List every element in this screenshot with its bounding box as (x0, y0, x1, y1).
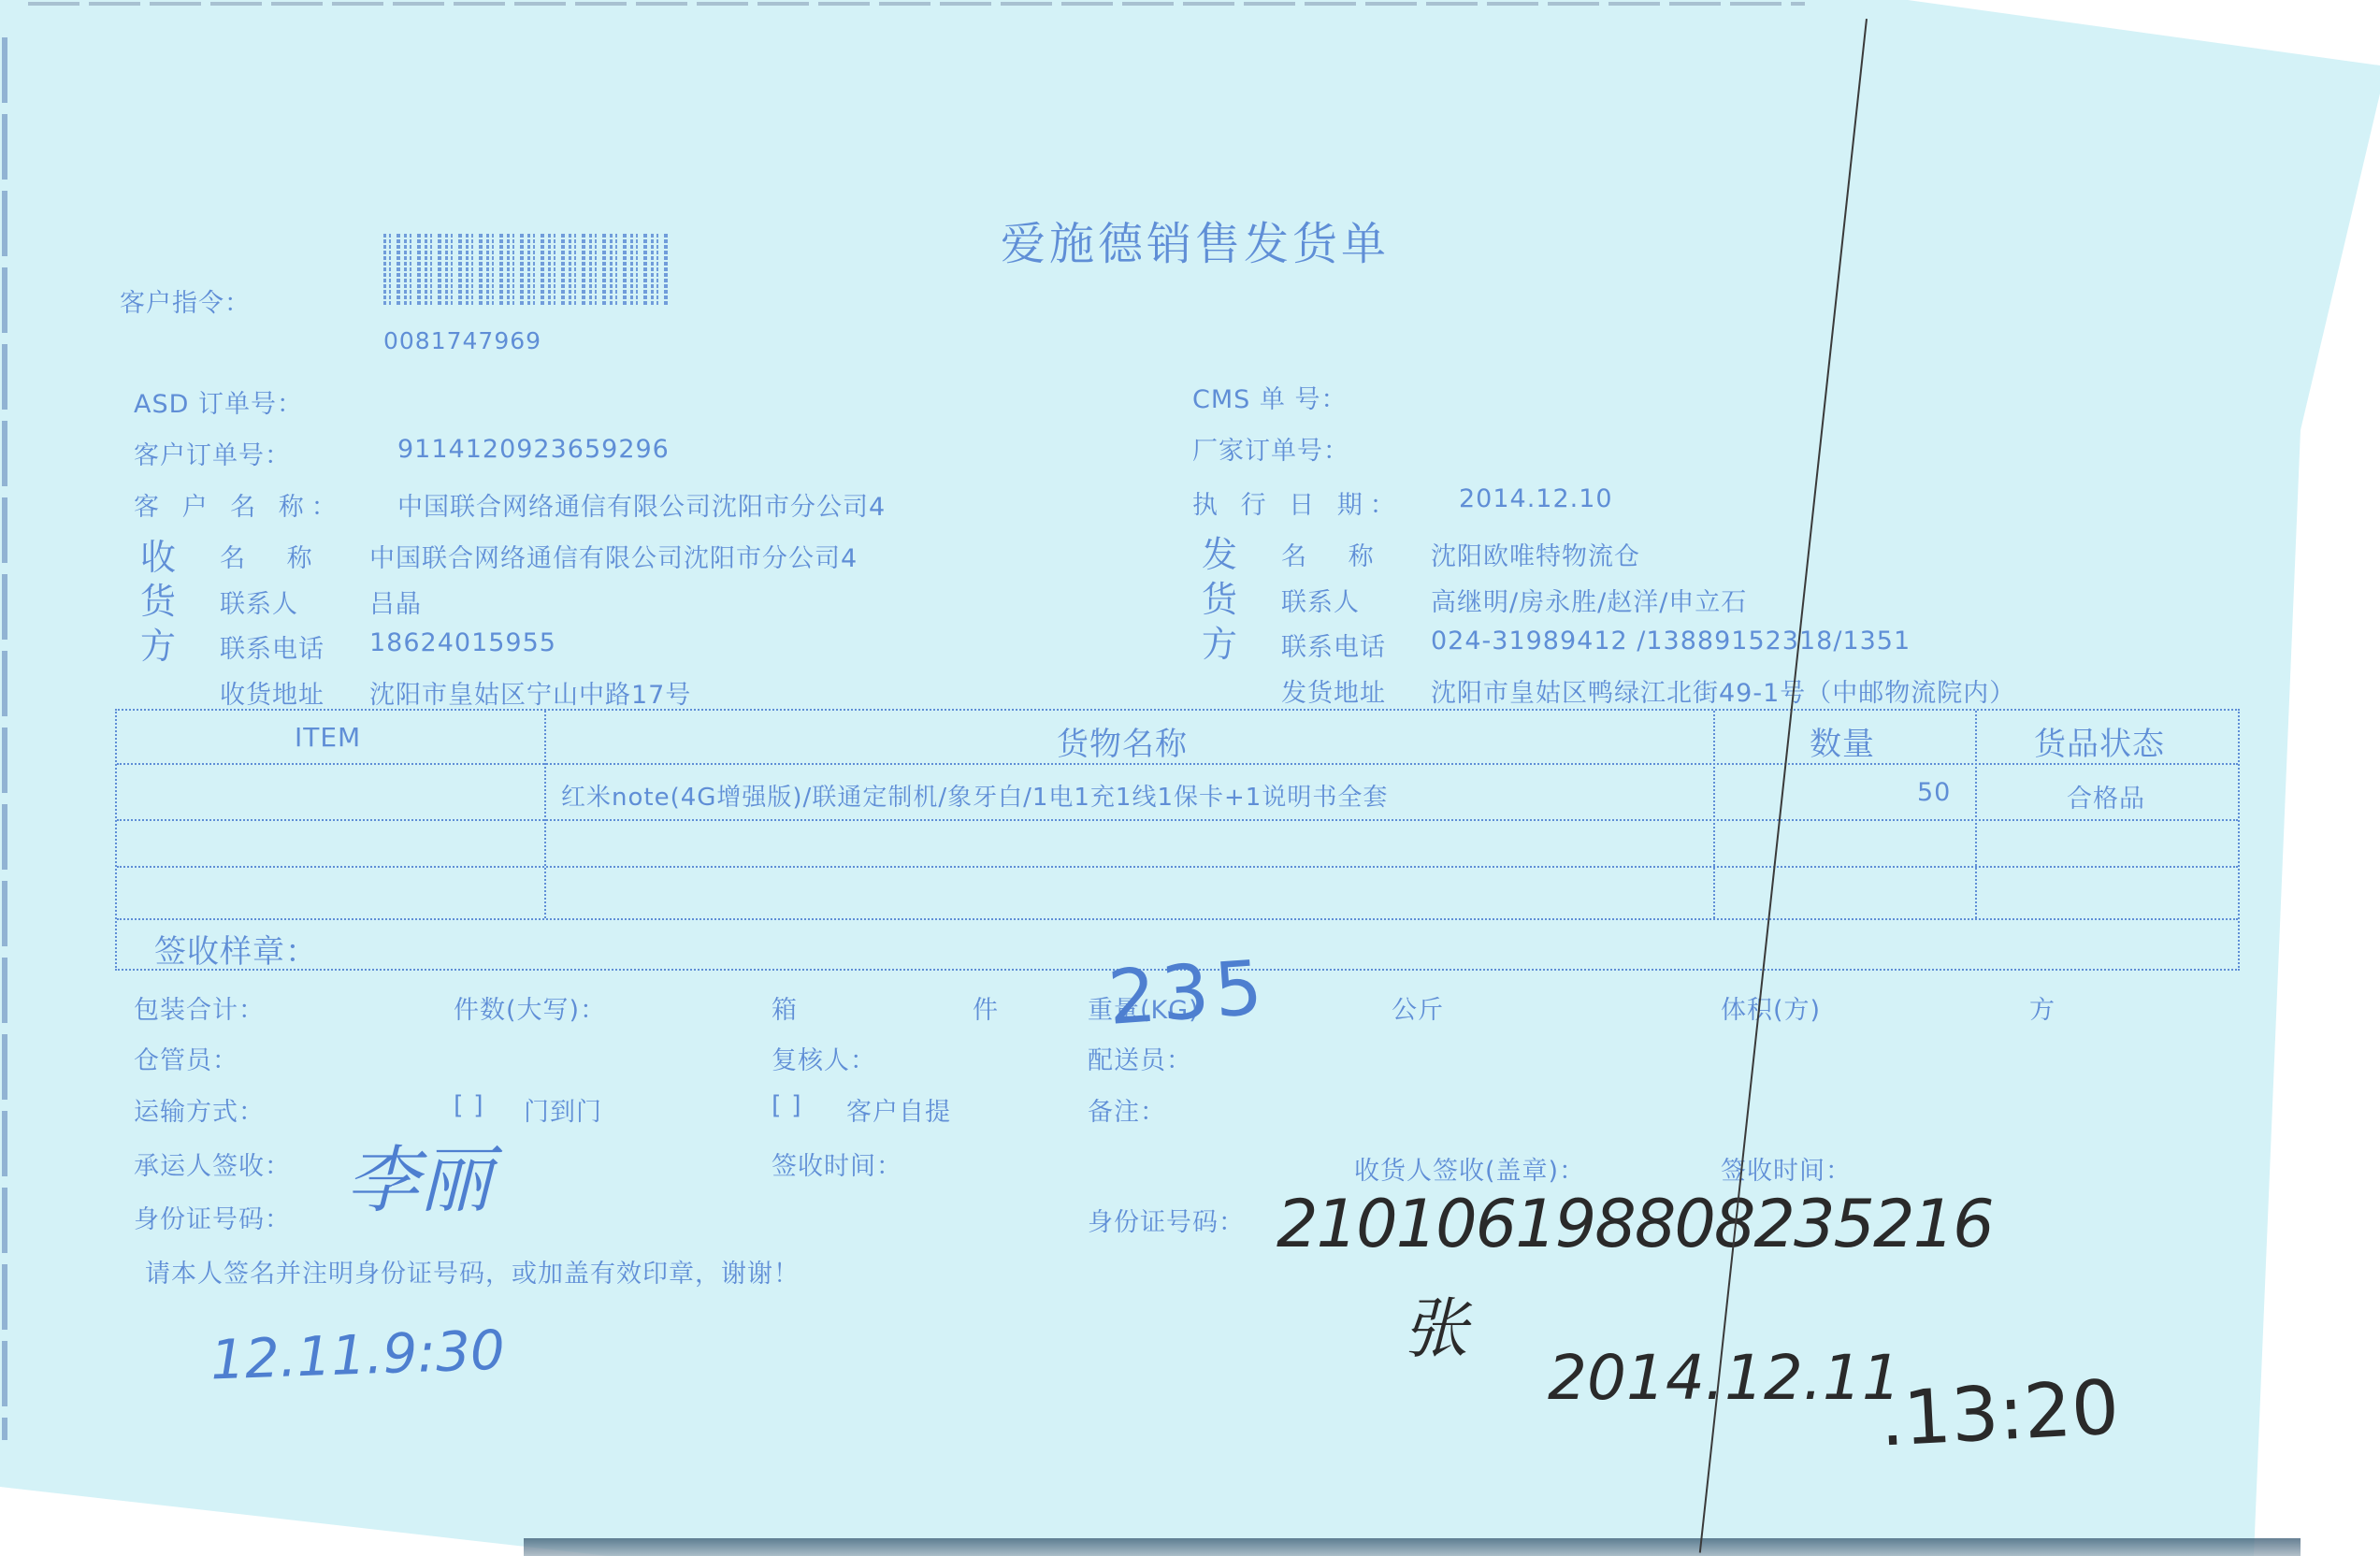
door-to-door-label: 门到门 (524, 1091, 602, 1128)
shipper-name-value: 沈阳欧唯特物流仓 (1431, 536, 1640, 572)
table-col-divider (1713, 711, 1715, 918)
box-unit: 箱 (772, 989, 798, 1026)
perforation-top (28, 2, 1805, 6)
carrier-id-label: 身份证号码： (134, 1199, 291, 1235)
carrier-sign-label: 承运人签收： (134, 1145, 291, 1182)
receiver-name-label: 名 称 (220, 538, 329, 574)
consignee-sign-label: 收货人签收(盖章)： (1354, 1150, 1585, 1187)
package-total-label: 包装合计： (134, 989, 265, 1026)
document-title: 爱施德销售发货单 (1001, 208, 1390, 272)
consignee-id-label: 身份证号码： (1088, 1202, 1245, 1238)
header-status: 货品状态 (2034, 718, 2165, 764)
receiver-name-value: 中国联合网络通信有限公司沈阳市分公司4 (369, 538, 858, 574)
goods-table: ITEM 货物名称 数量 货品状态 红米note(4G增强版)/联通定制机/象牙… (115, 709, 2240, 971)
asd-order-label: ASD 订单号： (134, 383, 303, 420)
weight-unit: 公斤 (1392, 989, 1444, 1026)
self-pickup-checkbox[interactable]: [ ] (772, 1091, 802, 1120)
reviewer-label: 复核人： (772, 1040, 876, 1076)
transport-label: 运输方式： (134, 1091, 265, 1128)
self-pickup-label: 客户自提 (846, 1091, 951, 1128)
remarks-label: 备注： (1088, 1091, 1166, 1128)
customer-name-value: 中国联合网络通信有限公司沈阳市分公司4 (397, 486, 886, 523)
door-to-door-checkbox[interactable]: [ ] (454, 1091, 484, 1120)
receiver-address-label: 收货地址 (220, 674, 325, 711)
sign-stamp-label: 签收样章： (154, 926, 318, 972)
receiver-phone-value: 18624015955 (369, 628, 556, 657)
handwritten-pickup-note: 12.11.9:30 (209, 1318, 506, 1392)
exec-date-value: 2014.12.10 (1459, 484, 1613, 513)
shipper-contact-value: 高继明/房永胜/赵洋/申立石 (1431, 582, 1747, 618)
header-item: ITEM (295, 722, 361, 753)
piece-unit: 件 (973, 989, 999, 1026)
table-divider (117, 866, 2238, 868)
receiver-side-char-3: 方 (140, 617, 177, 669)
carrier-sign-time-label: 签收时间： (772, 1145, 902, 1182)
customer-order-label: 客户订单号： (134, 435, 291, 471)
cms-order-label: CMS 单 号： (1192, 379, 1347, 415)
row-goods-name: 红米note(4G增强版)/联通定制机/象牙白/1电1充1线1保卡+1说明书全套 (561, 778, 1388, 813)
table-col-divider (544, 711, 546, 918)
shipper-phone-value: 024-31989412 /13889152318/1351 (1431, 627, 1911, 656)
shipper-contact-label: 联系人 (1281, 582, 1360, 618)
barcode-icon (383, 234, 669, 307)
row-quantity: 50 (1917, 778, 1951, 807)
handwritten-weight: 235 (1105, 944, 1271, 1042)
paper-edge-shadow (524, 1538, 2301, 1556)
header-goods-name: 货物名称 (1057, 718, 1188, 764)
row-status: 合格品 (2067, 778, 2145, 814)
barcode-number: 0081747969 (383, 327, 541, 354)
handwritten-sign-time: .13:20 (1878, 1363, 2122, 1462)
table-divider (117, 819, 2238, 821)
receiver-address-value: 沈阳市皇姑区宁山中路17号 (369, 674, 691, 711)
handwritten-sign-date: 2014.12.11 (1548, 1342, 1901, 1414)
receiver-contact-label: 联系人 (220, 583, 298, 620)
signature-notice: 请本人签名并注明身份证号码，或加盖有效印章，谢谢！ (145, 1253, 800, 1289)
exec-date-label: 执 行 日 期： (1192, 484, 1403, 521)
warehouse-keeper-label: 仓管员： (134, 1040, 238, 1076)
shipper-side-char-3: 方 (1202, 615, 1238, 667)
table-divider (117, 918, 2238, 920)
deliverer-label: 配送员： (1088, 1040, 1192, 1076)
volume-unit: 方 (2029, 989, 2055, 1026)
shipper-address-label: 发货地址 (1281, 672, 1386, 709)
receiver-phone-label: 联系电话 (220, 628, 325, 665)
header-quantity: 数量 (1810, 718, 1875, 764)
shipper-name-label: 名 称 (1281, 536, 1391, 572)
shipper-side-char-2: 货 (1202, 570, 1238, 622)
customer-name-label: 客 户 名 称： (134, 486, 344, 523)
factory-order-label: 厂家订单号： (1192, 430, 1349, 467)
receiver-contact-value: 吕晶 (369, 583, 422, 620)
carrier-signature: 李丽 (346, 1122, 492, 1227)
receiver-side-char-2: 货 (140, 572, 177, 624)
table-col-divider (1975, 711, 1977, 918)
shipper-side-char-1: 发 (1202, 526, 1238, 577)
consignee-signature: 张 (1403, 1276, 1468, 1371)
customer-instruction-label: 客户指令： (120, 282, 251, 319)
perforation-left (2, 37, 7, 1440)
volume-label: 体积(方) (1721, 989, 1821, 1026)
customer-order-value: 9114120923659296 (397, 435, 670, 464)
shipper-address-value: 沈阳市皇姑区鸭绿江北街49-1号（中邮物流院内） (1431, 672, 2015, 709)
pieces-upper-label: 件数(大写)： (454, 989, 606, 1026)
shipper-phone-label: 联系电话 (1281, 627, 1386, 663)
handwritten-consignee-id: 210106198808235216 (1277, 1186, 1993, 1262)
